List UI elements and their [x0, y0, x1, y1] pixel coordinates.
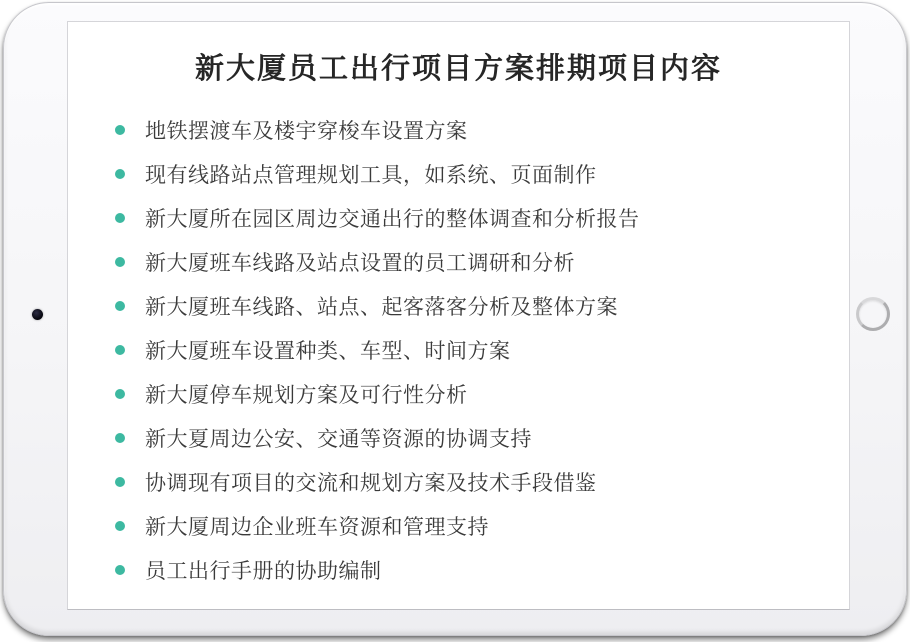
- bullet-icon: [115, 433, 125, 443]
- list-item-text: 新大厦周边企业班车资源和管理支持: [145, 511, 489, 541]
- home-button-icon[interactable]: [856, 297, 890, 331]
- list-item-text: 新大厦所在园区周边交通出行的整体调查和分析报告: [145, 203, 640, 233]
- list-item: 新大厦停车规划方案及可行性分析: [115, 372, 849, 416]
- screen: 新大厦员工出行项目方案排期项目内容 地铁摆渡车及楼宇穿梭车设置方案现有线路站点管…: [67, 21, 850, 610]
- list-item: 现有线路站点管理规划工具，如系统、页面制作: [115, 152, 849, 196]
- stage: 新大厦员工出行项目方案排期项目内容 地铁摆渡车及楼宇穿梭车设置方案现有线路站点管…: [0, 0, 910, 642]
- bullet-icon: [115, 565, 125, 575]
- bullet-icon: [115, 213, 125, 223]
- list-item-text: 现有线路站点管理规划工具，如系统、页面制作: [145, 159, 597, 189]
- list-item-text: 新大夏周边公安、交通等资源的协调支持: [145, 423, 532, 453]
- item-list: 地铁摆渡车及楼宇穿梭车设置方案现有线路站点管理规划工具，如系统、页面制作新大厦所…: [68, 108, 849, 592]
- list-item-text: 新大厦班车线路、站点、起客落客分析及整体方案: [145, 291, 618, 321]
- list-item: 新大厦班车设置种类、车型、时间方案: [115, 328, 849, 372]
- list-item-text: 员工出行手册的协助编制: [145, 555, 382, 585]
- bullet-icon: [115, 477, 125, 487]
- list-item: 新大厦班车线路及站点设置的员工调研和分析: [115, 240, 849, 284]
- list-item: 员工出行手册的协助编制: [115, 548, 849, 592]
- bullet-icon: [115, 521, 125, 531]
- list-item-text: 新大厦班车线路及站点设置的员工调研和分析: [145, 247, 575, 277]
- bullet-icon: [115, 257, 125, 267]
- bullet-icon: [115, 169, 125, 179]
- list-item-text: 协调现有项目的交流和规划方案及技术手段借鉴: [145, 467, 597, 497]
- list-item: 新大夏周边公安、交通等资源的协调支持: [115, 416, 849, 460]
- list-item-text: 新大厦班车设置种类、车型、时间方案: [145, 335, 511, 365]
- list-item: 协调现有项目的交流和规划方案及技术手段借鉴: [115, 460, 849, 504]
- page-title: 新大厦员工出行项目方案排期项目内容: [68, 54, 849, 84]
- list-item-text: 新大厦停车规划方案及可行性分析: [145, 379, 468, 409]
- list-item: 新大厦班车线路、站点、起客落客分析及整体方案: [115, 284, 849, 328]
- list-item: 新大厦周边企业班车资源和管理支持: [115, 504, 849, 548]
- list-item: 新大厦所在园区周边交通出行的整体调查和分析报告: [115, 196, 849, 240]
- bullet-icon: [115, 345, 125, 355]
- list-item-text: 地铁摆渡车及楼宇穿梭车设置方案: [145, 115, 468, 145]
- camera-icon: [32, 309, 43, 320]
- bullet-icon: [115, 125, 125, 135]
- bullet-icon: [115, 389, 125, 399]
- list-item: 地铁摆渡车及楼宇穿梭车设置方案: [115, 108, 849, 152]
- tablet-frame: 新大厦员工出行项目方案排期项目内容 地铁摆渡车及楼宇穿梭车设置方案现有线路站点管…: [3, 2, 907, 636]
- bullet-icon: [115, 301, 125, 311]
